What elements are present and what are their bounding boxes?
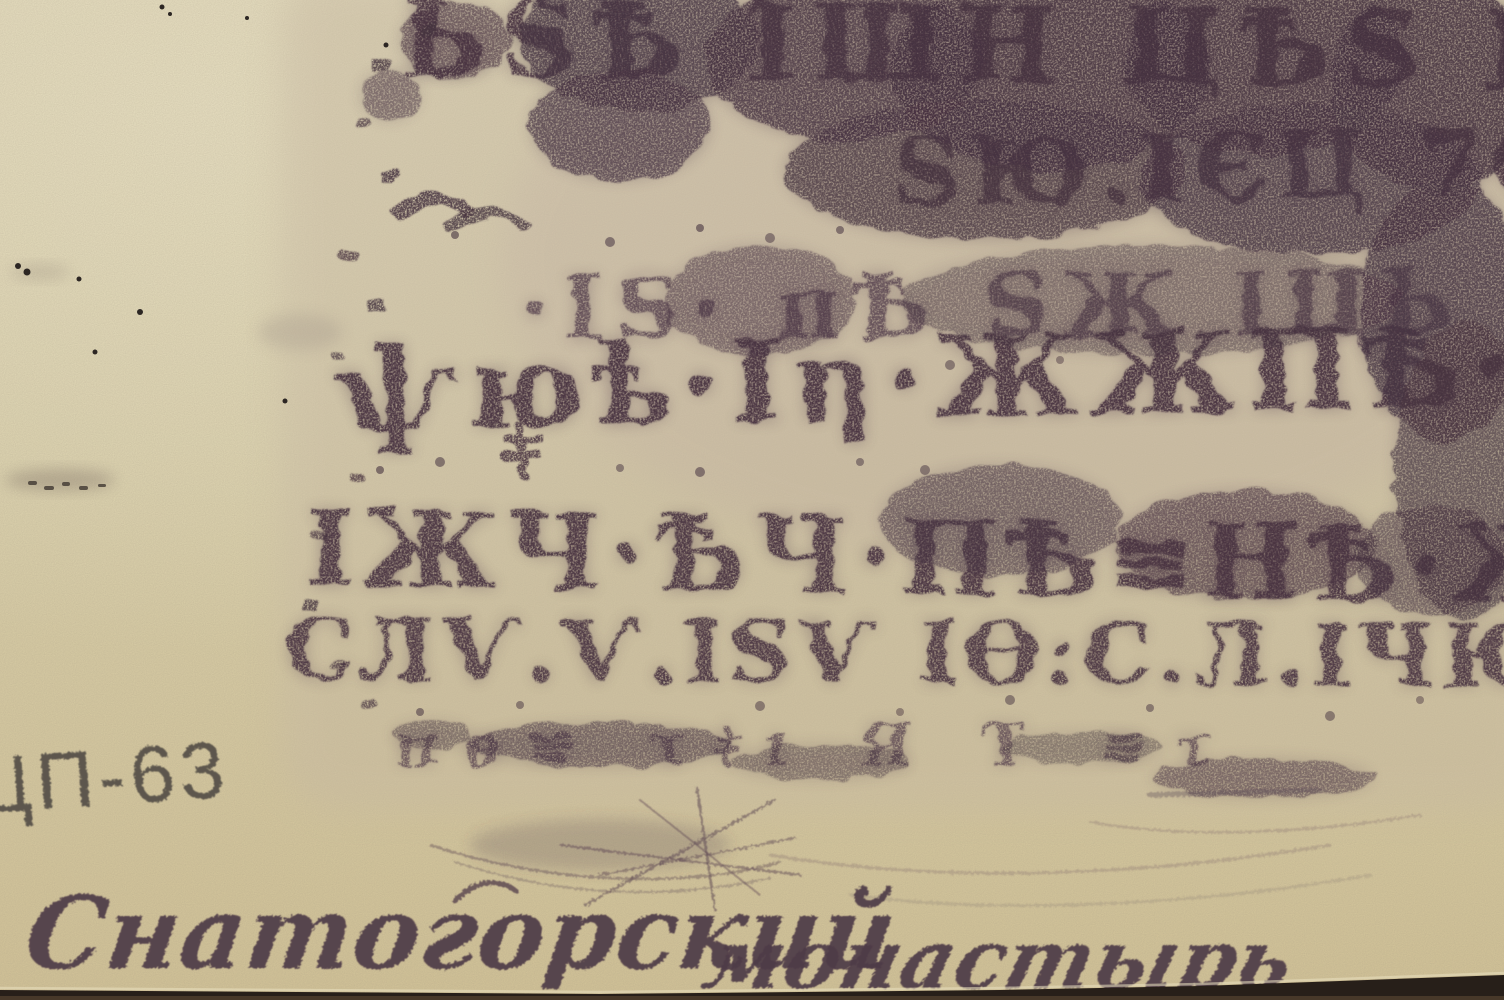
inventory-code-text: ЦП-63 [0, 724, 232, 831]
estampage-photo: ЬЅѢ ІШН ЦѢЅ ЕШЬ ЬЅѢ ІШН ЦѢЅ ЕШЬ ЅЮ.ІЄЦ 7… [0, 0, 1504, 1000]
pencil-inventory-code: ЦП-63 [0, 724, 232, 831]
inscription-row-6-text: СЛѴ.Ѵ.ІЅѴ ІѲ:С.Л.ІЧЮЬτ [285, 600, 1504, 708]
below-edge-strip [0, 996, 1504, 1000]
inscription-row-6: СЛѴ.Ѵ.ІЅѴ ІѲ:С.Л.ІЧЮЬτ СЛѴ.Ѵ.ІЅѴ ІѲ:С.Л.… [285, 600, 1504, 708]
rubbing-canvas: ЬЅѢ ІШН ЦѢЅ ЕШЬ ЬЅѢ ІШН ЦѢЅ ЕШЬ ЅЮ.ІЄЦ 7… [0, 0, 1504, 1000]
